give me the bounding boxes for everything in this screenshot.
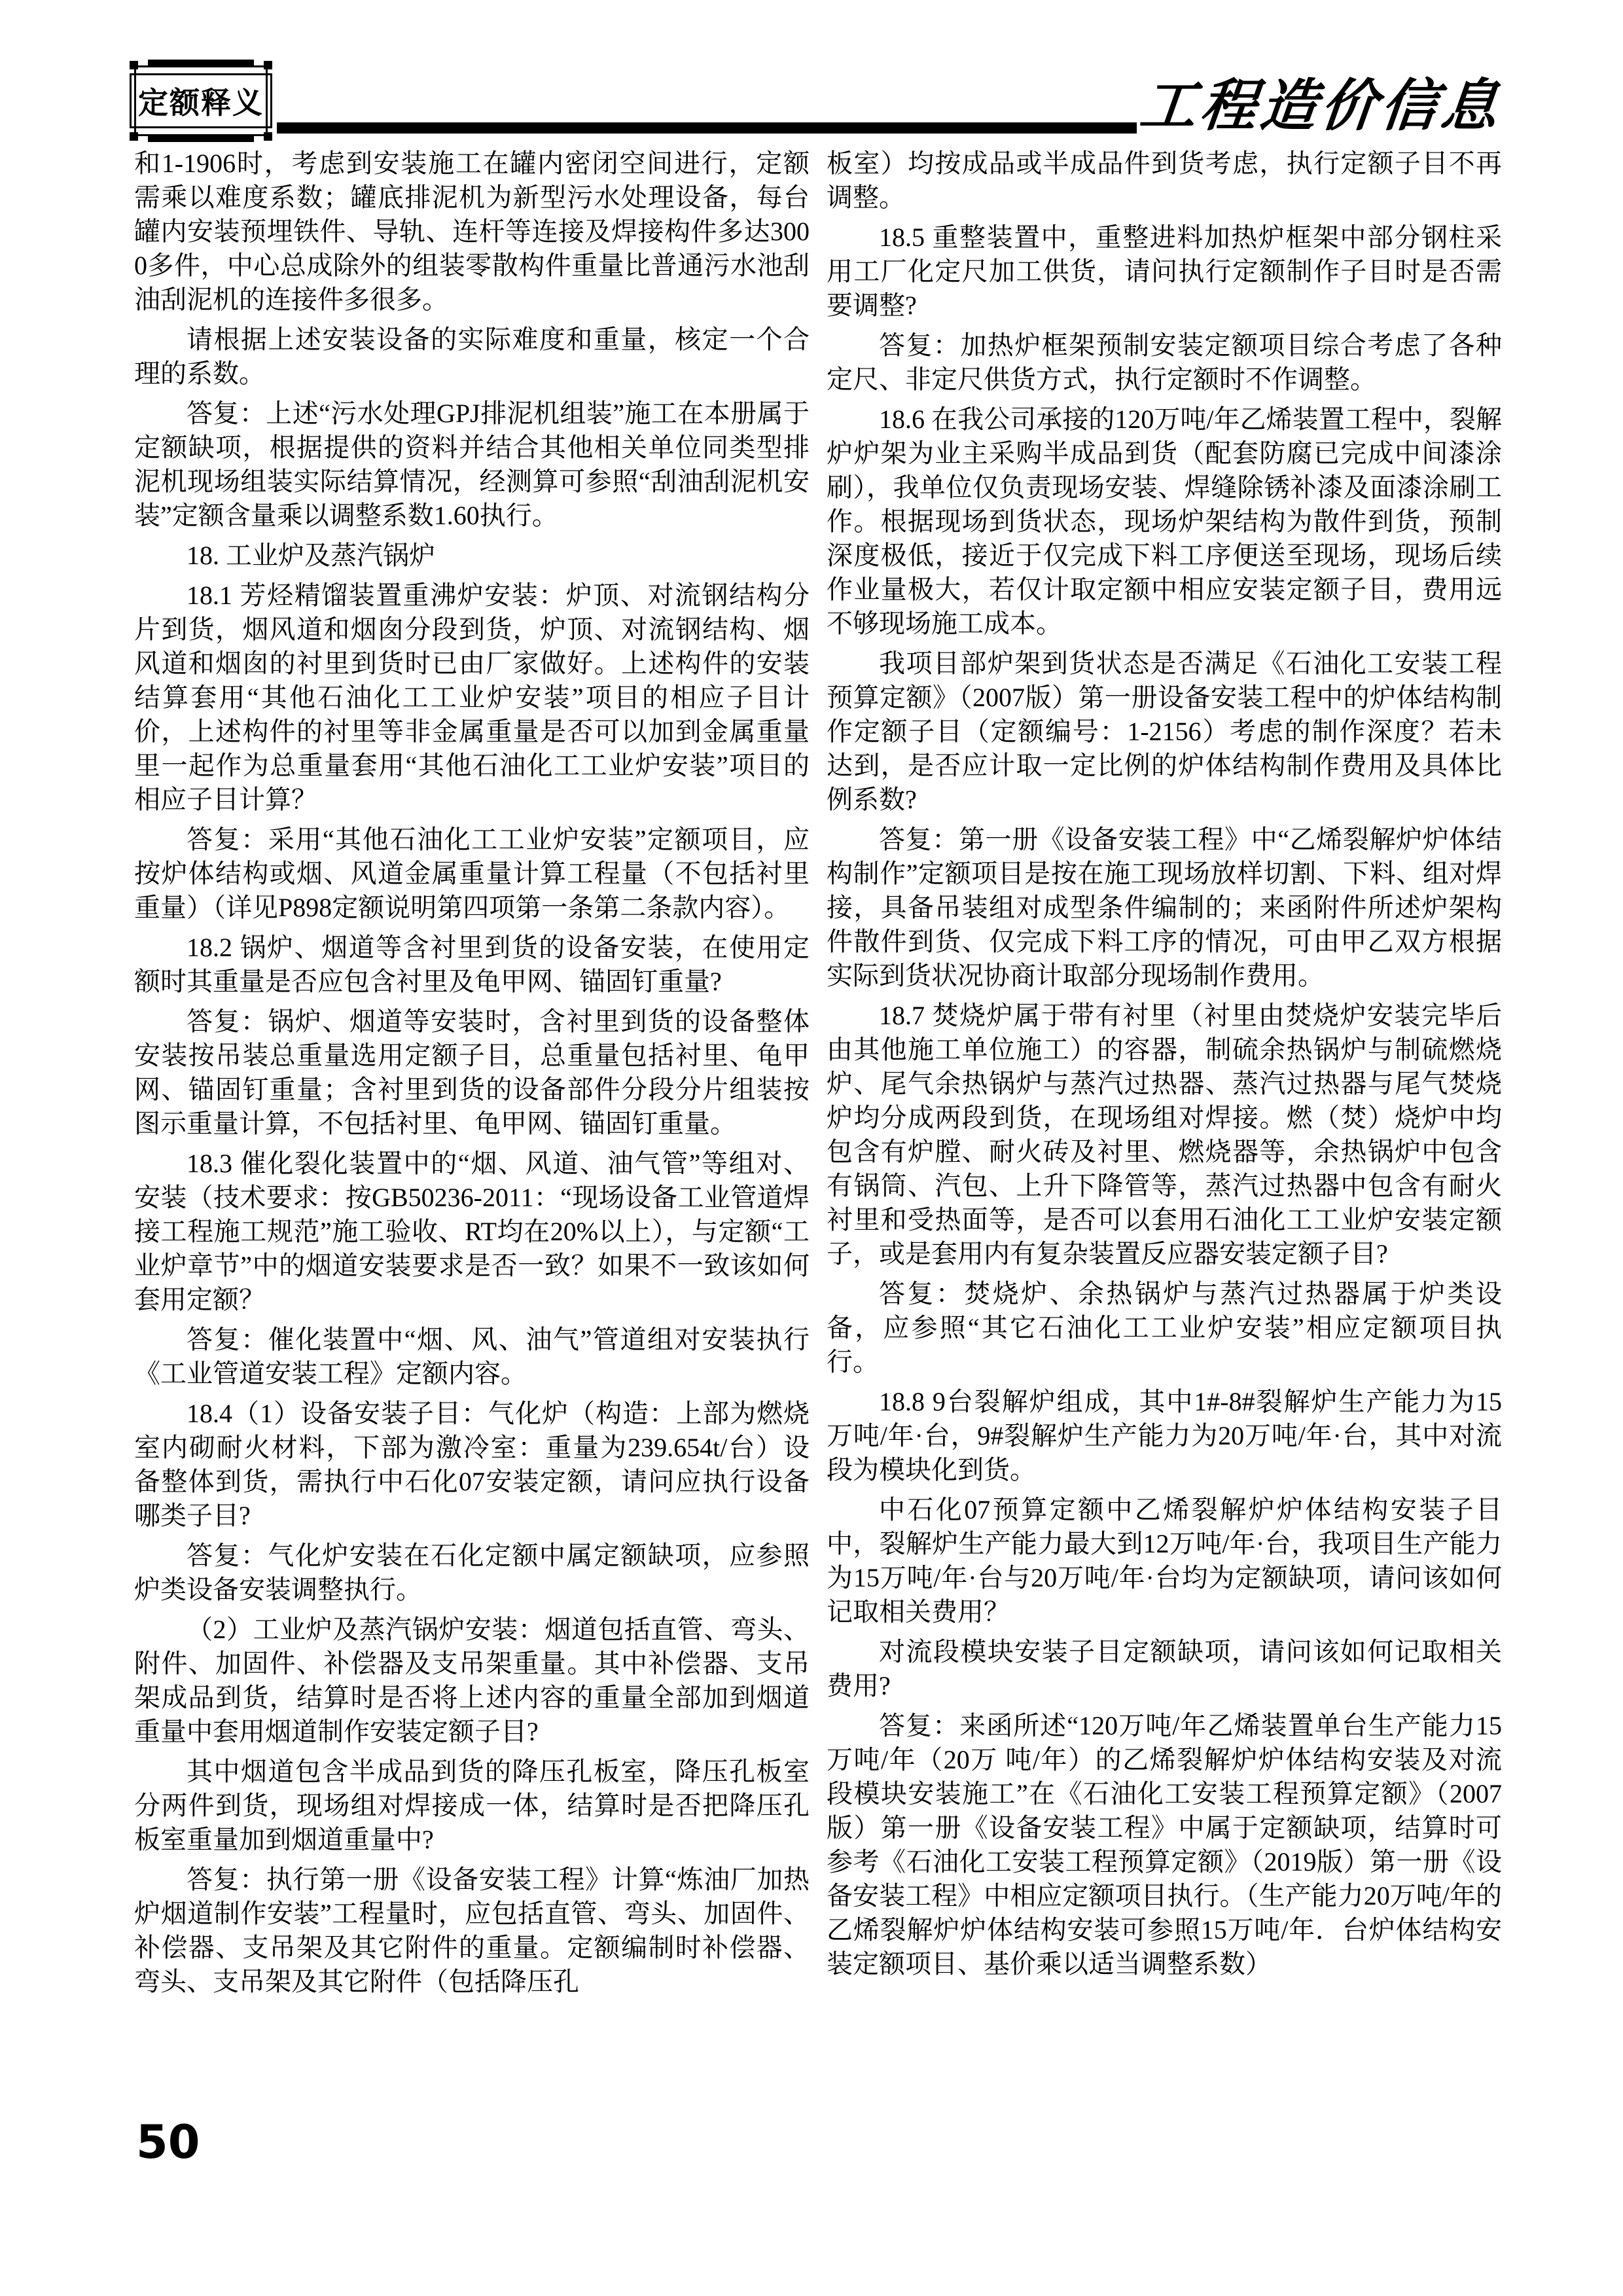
paragraph: 18.6 在我公司承接的120万吨/年乙烯装置工程中，裂解炉炉架为业主采购半成品…: [827, 403, 1502, 641]
content: 和1-1906时，考虑到安装施工在罐内密闭空间进行，定额需乘以难度系数；罐底排泥…: [134, 147, 1502, 2005]
paragraph: 答复：催化装置中“烟、风、油气”管道组对安装执行《工业管道安装工程》定额内容。: [134, 1323, 810, 1391]
left-column: 和1-1906时，考虑到安装施工在罐内密闭空间进行，定额需乘以难度系数；罐底排泥…: [134, 147, 810, 2005]
paragraph: 答复：上述“污水处理GPJ排泥机组装”施工在本册属于定额缺项，根据提供的资料并结…: [134, 397, 810, 533]
paragraph: 板室）均按成品或半成品件到货考虑，执行定额子目不再调整。: [827, 147, 1502, 215]
page: 定额释义 工程造价信息 和1-1906时，考虑到安装施工在罐内密闭空间进行，定额…: [0, 0, 1623, 2296]
section-badge-label: 定额释义: [138, 79, 264, 122]
paragraph: 答复：执行第一册《设备安装工程》计算“炼油厂加热炉烟道制作安装”工程量时，应包括…: [134, 1863, 810, 1999]
frame-corner-ornament: [264, 61, 272, 69]
paragraph: 答复：加热炉框架预制安装定额项目综合考虑了各种定尺、非定尺供货方式，执行定额时不…: [827, 329, 1502, 397]
paragraph: （2）工业炉及蒸汽锅炉安装：烟道包括直管、弯头、附件、加固件、补偿器及支吊架重量…: [134, 1613, 810, 1749]
frame-corner-ornament: [264, 132, 272, 141]
paragraph: 答复：焚烧炉、余热锅炉与蒸汽过热器属于炉类设备，应参照“其它石油化工工业炉安装”…: [827, 1277, 1502, 1379]
frame-corner-ornament: [130, 132, 138, 141]
frame-bar-ornament: [148, 136, 254, 142]
paragraph: 对流段模块安装子目定额缺项，请问该如何记取相关费用?: [827, 1635, 1502, 1703]
frame-corner-ornament: [130, 61, 138, 69]
page-number: 50: [136, 2115, 200, 2169]
paragraph: 答复：采用“其他石油化工工业炉安装”定额项目，应按炉体结构或烟、风道金属重量计算…: [134, 823, 810, 925]
paragraph: 18.8 9台裂解炉组成，其中1#-8#裂解炉生产能力为15万吨/年·台，9#裂…: [827, 1385, 1502, 1487]
paragraph: 18.2 锅炉、烟道等含衬里到货的设备安装，在使用定额时其重量是否应包含衬里及龟…: [134, 931, 810, 999]
paragraph: 和1-1906时，考虑到安装施工在罐内密闭空间进行，定额需乘以难度系数；罐底排泥…: [134, 147, 810, 317]
paragraph: 我项目部炉架到货状态是否满足《石油化工安装工程预算定额》（2007版）第一册设备…: [827, 647, 1502, 817]
right-column: 板室）均按成品或半成品件到货考虑，执行定额子目不再调整。18.5 重整装置中，重…: [827, 147, 1502, 2005]
paragraph: 18.7 焚烧炉属于带有衬里（衬里由焚烧炉安装完毕后由其他施工单位施工）的容器，…: [827, 999, 1502, 1271]
paragraph: 18. 工业炉及蒸汽锅炉: [134, 539, 810, 573]
header-rule: [277, 122, 1137, 134]
frame-bar-ornament: [148, 60, 254, 65]
paragraph: 答复：锅炉、烟道等安装时，含衬里到货的设备整体安装按吊装总重量选用定额子目，总重…: [134, 1005, 810, 1141]
paragraph: 其中烟道包含半成品到货的降压孔板室，降压孔板室分两件到货，现场组对焊接成一体，结…: [134, 1755, 810, 1857]
paragraph: 18.1 芳烃精馏装置重沸炉安装：炉顶、对流钢结构分片到货，烟风道和烟囱分段到货…: [134, 579, 810, 817]
section-badge-frame: 定额释义: [130, 73, 272, 128]
section-badge: 定额释义: [134, 65, 268, 136]
paragraph: 答复：第一册《设备安装工程》中“乙烯裂解炉炉体结构制作”定额项目是按在施工现场放…: [827, 823, 1502, 993]
paragraph: 18.5 重整装置中，重整进料加热炉框架中部分钢柱采用工厂化定尺加工供货，请问执…: [827, 221, 1502, 323]
journal-title: 工程造价信息: [1136, 60, 1506, 141]
paragraph: 答复：来函所述“120万吨/年乙烯装置单台生产能力15万吨/年（20万 吨/年）…: [827, 1709, 1502, 1981]
paragraph: 请根据上述安装设备的实际难度和重量，核定一个合理的系数。: [134, 323, 810, 391]
paragraph: 18.4（1）设备安装子目：气化炉（构造：上部为燃烧室内砌耐火材料，下部为激冷室…: [134, 1397, 810, 1533]
page-header: 定额释义 工程造价信息: [134, 38, 1502, 137]
paragraph: 答复：气化炉安装在石化定额中属定额缺项，应参照炉类设备安装调整执行。: [134, 1539, 810, 1607]
paragraph: 18.3 催化裂化装置中的“烟、风道、油气管”等组对、安装（技术要求：按GB50…: [134, 1147, 810, 1317]
paragraph: 中石化07预算定额中乙烯裂解炉炉体结构安装子目中，裂解炉生产能力最大到12万吨/…: [827, 1493, 1502, 1629]
